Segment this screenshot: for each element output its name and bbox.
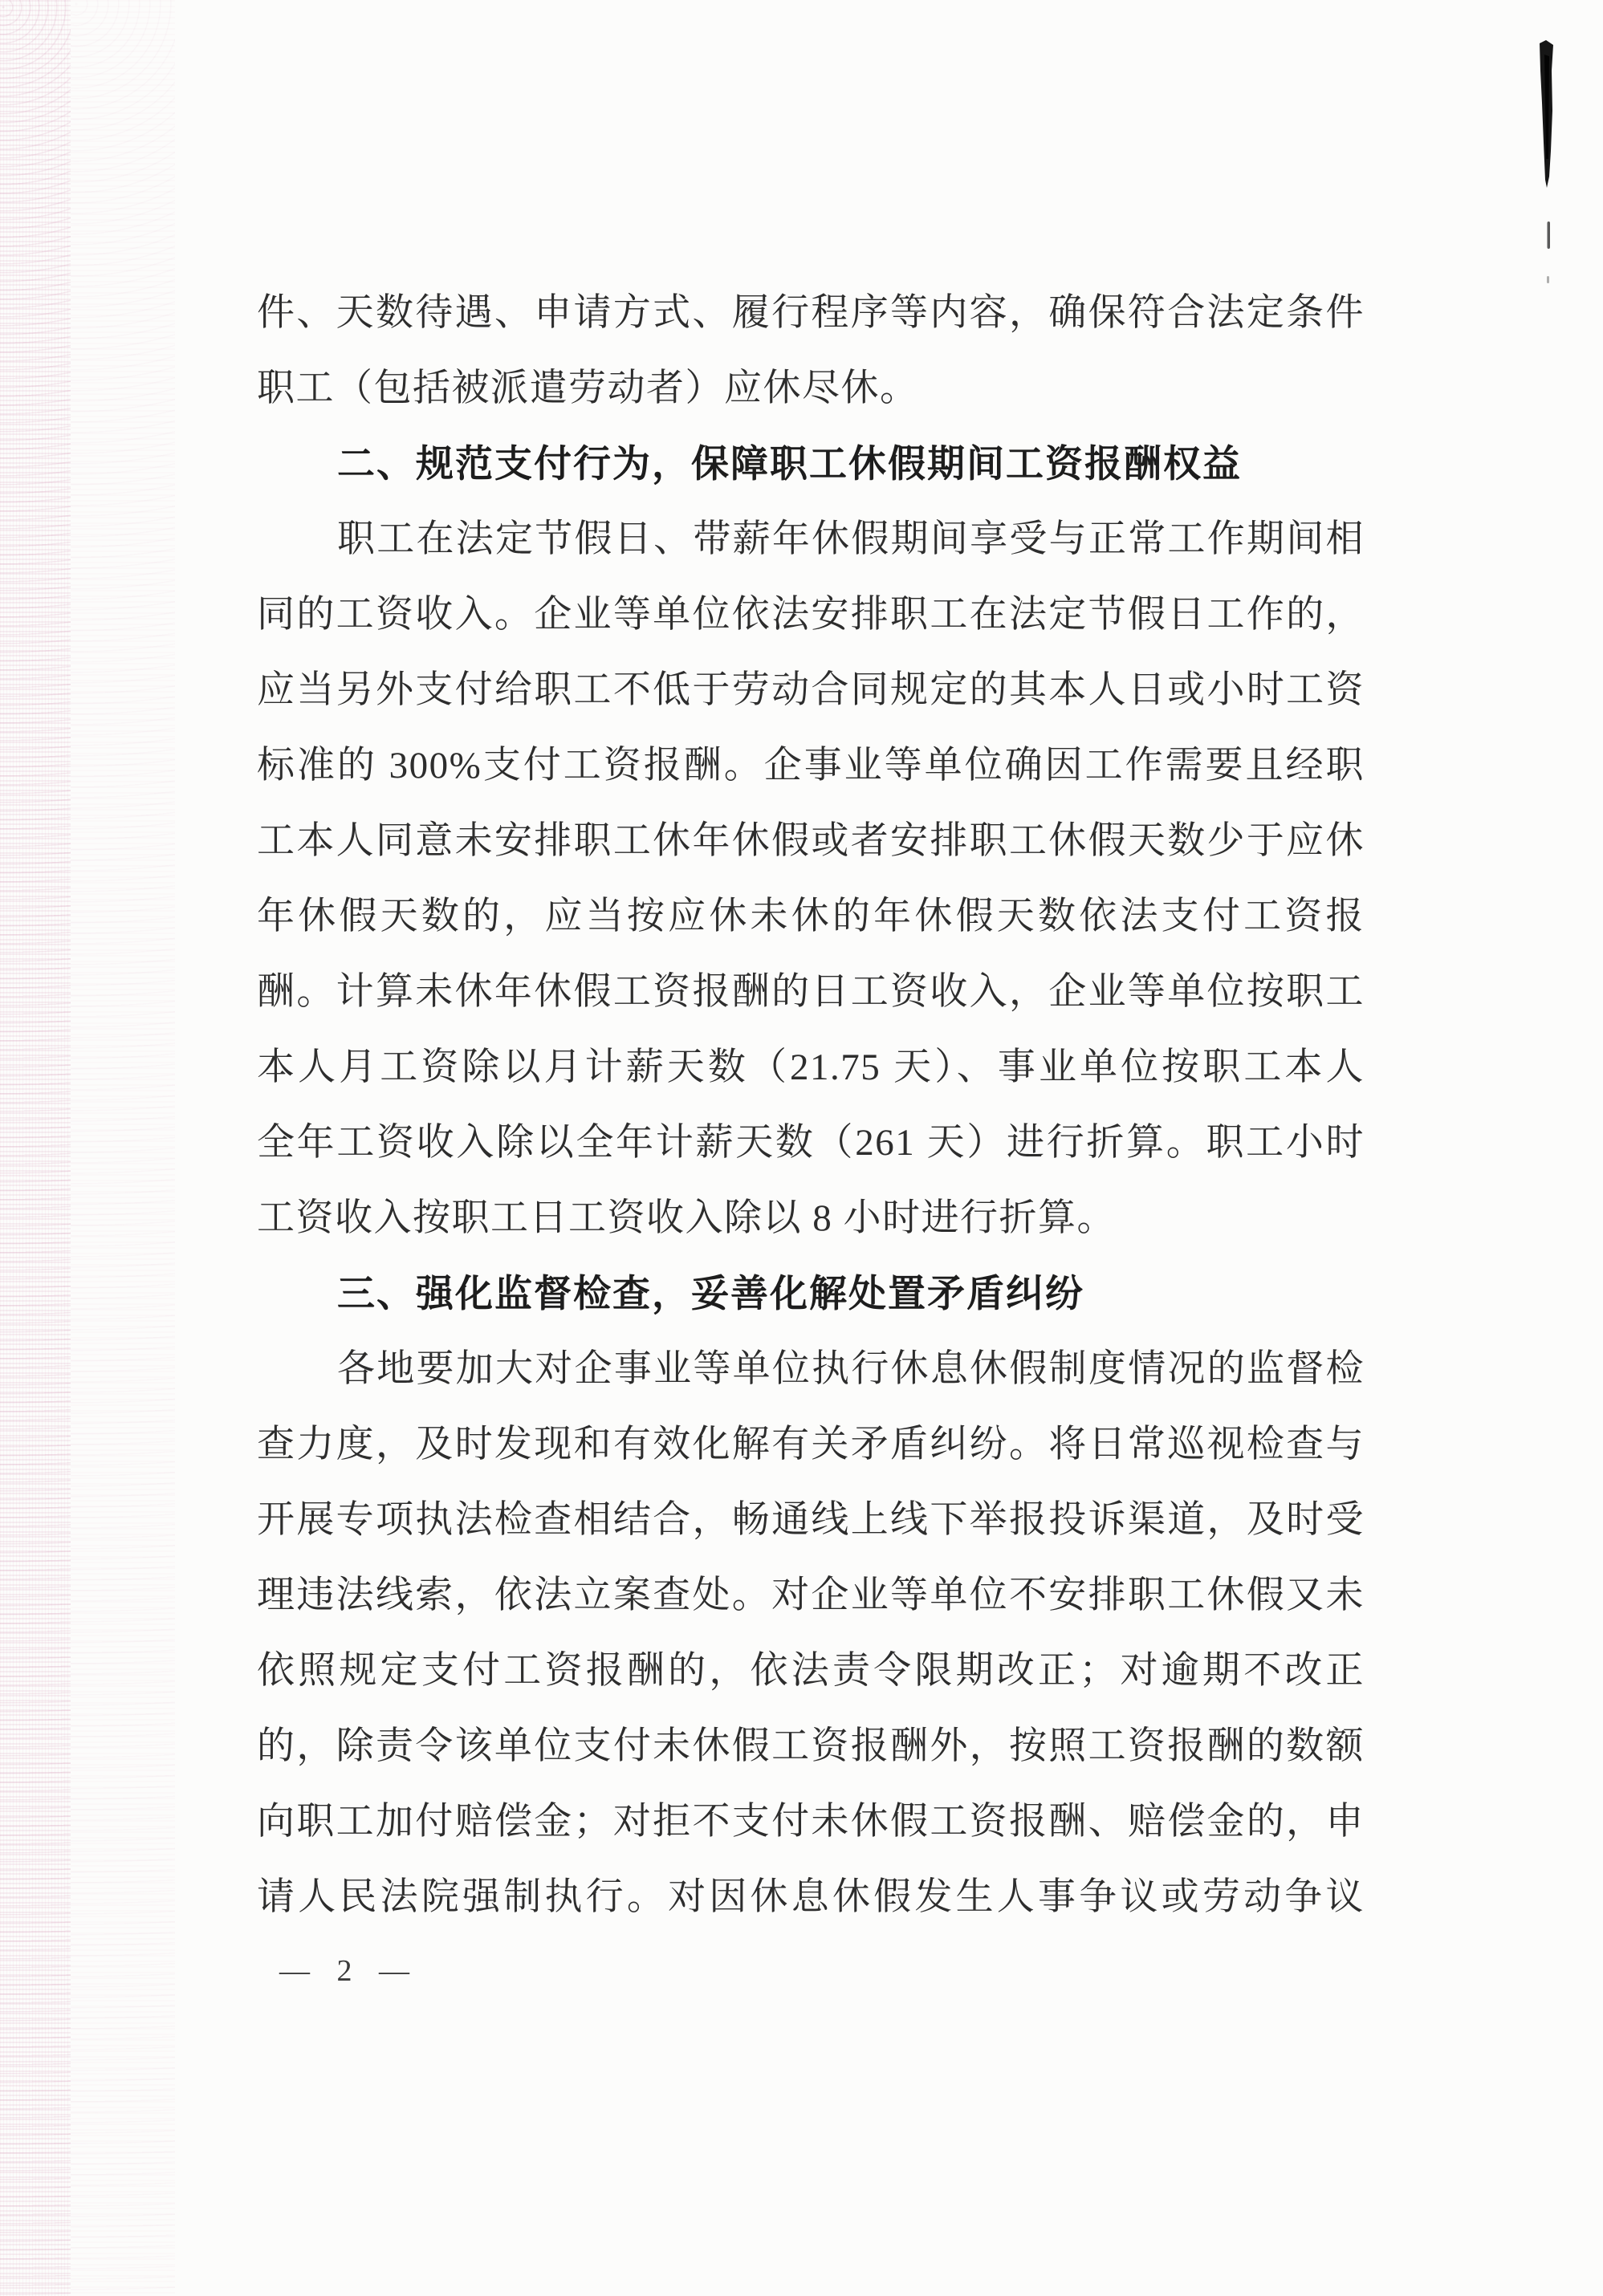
text-line: 应当另外支付给职工不低于劳动合同规定的其本人日或小时工资 [257, 652, 1365, 728]
text-line: 依照规定支付工资报酬的，依法责令限期改正；对逾期不改正 [257, 1633, 1365, 1709]
scan-noise-left-band-faint [71, 0, 175, 2296]
text-line: 查力度，及时发现和有效化解有关矛盾纠纷。将日常巡视检查与 [257, 1407, 1365, 1482]
text-line: 各地要加大对企事业等单位执行休息休假制度情况的监督检 [257, 1331, 1365, 1407]
scan-noise-left-band [0, 0, 71, 2296]
text-line: 本人月工资除以月计薪天数（21.75 天）、事业单位按职工本人 [257, 1030, 1365, 1105]
text-line: 请人民法院强制执行。对因休息休假发生人事争议或劳动争议 [257, 1859, 1365, 1935]
ink-smudge-mark [1527, 39, 1567, 295]
document-page: 件、天数待遇、申请方式、履行程序等内容，确保符合法定条件职工（包括被派遣劳动者）… [0, 0, 1603, 2296]
text-line: 年休假天数的，应当按应休未休的年休假天数依法支付工资报 [257, 879, 1365, 954]
text-line: 标准的 300%支付工资报酬。企事业等单位确因工作需要且经职 [257, 728, 1365, 803]
text-line: 件、天数待遇、申请方式、履行程序等内容，确保符合法定条件 [257, 275, 1365, 351]
text-line: 全年工资收入除以全年计薪天数（261 天）进行折算。职工小时 [257, 1105, 1365, 1181]
text-line: 同的工资收入。企业等单位依法安排职工在法定节假日工作的， [257, 577, 1365, 652]
text-line: 酬。计算未休年休假工资报酬的日工资收入，企业等单位按职工 [257, 954, 1365, 1030]
text-line: 工本人同意未安排职工休年休假或者安排职工休假天数少于应休 [257, 803, 1365, 879]
page-number: — 2 — [279, 1939, 419, 2003]
section-heading: 三、强化监督检查，妥善化解处置矛盾纠纷 [257, 1256, 1365, 1331]
section-heading: 二、规范支付行为，保障职工休假期间工资报酬权益 [257, 426, 1365, 502]
text-line: 开展专项执法检查相结合，畅通线上线下举报投诉渠道，及时受 [257, 1482, 1365, 1558]
text-block: 件、天数待遇、申请方式、履行程序等内容，确保符合法定条件职工（包括被派遣劳动者）… [257, 275, 1365, 1935]
text-line: 职工在法定节假日、带薪年休假期间享受与正常工作期间相 [257, 502, 1365, 577]
text-line: 的，除责令该单位支付未休假工资报酬外，按照工资报酬的数额 [257, 1709, 1365, 1784]
text-line: 工资收入按职工日工资收入除以 8 小时进行折算。 [257, 1181, 1365, 1256]
text-line: 职工（包括被派遣劳动者）应休尽休。 [257, 351, 1365, 426]
text-line: 向职工加付赔偿金；对拒不支付未休假工资报酬、赔偿金的，申 [257, 1784, 1365, 1859]
text-line: 理违法线索，依法立案查处。对企业等单位不安排职工休假又未 [257, 1558, 1365, 1633]
